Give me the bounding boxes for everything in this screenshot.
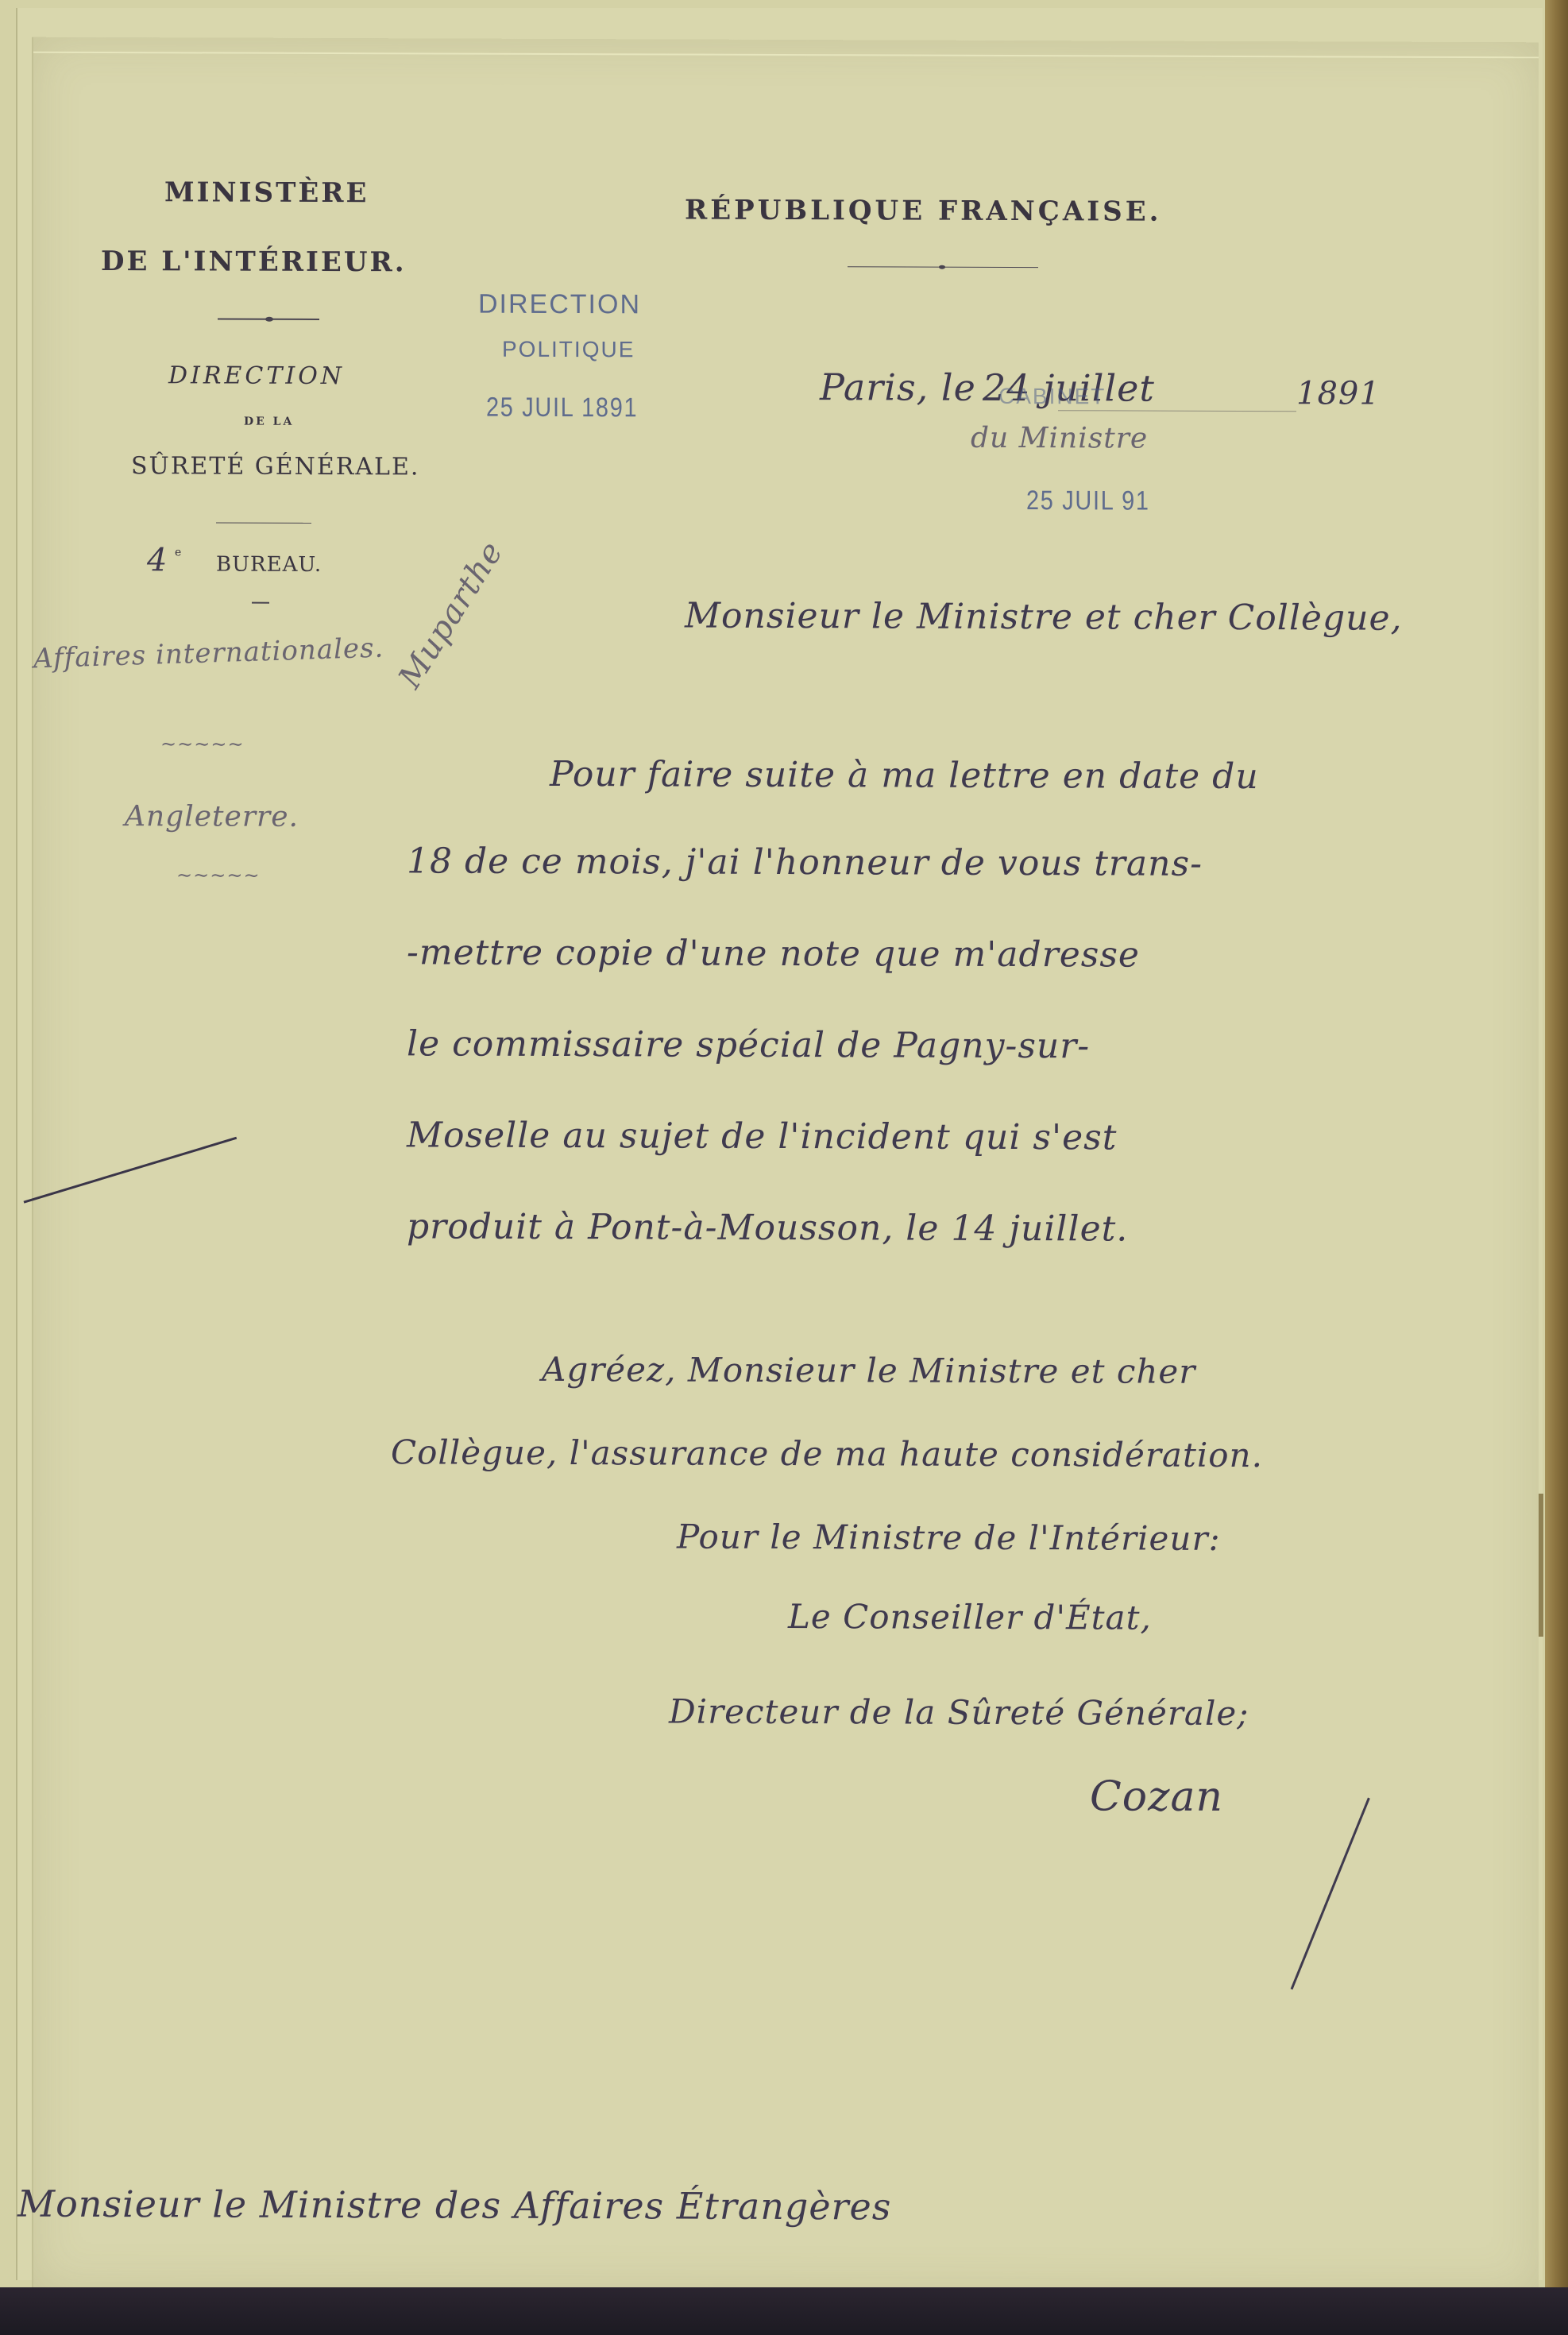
signature: Cozan	[1090, 1773, 1223, 1821]
stamp-cabinet-line2: du Ministre	[971, 422, 1148, 455]
stamp-cabinet-date: 25 JUIL 91	[1026, 485, 1150, 517]
margin-country: Angleterre.	[125, 800, 299, 833]
body-line-2: 18 de ce mois, j'ai l'honneur de vous tr…	[407, 841, 1203, 883]
fold-line	[33, 52, 1539, 59]
margin-squiggle-1: ~~~~~	[160, 733, 245, 755]
desk-backdrop-bottom	[0, 2287, 1568, 2335]
body-line-3: -mettre copie d'une note que m'adresse	[407, 932, 1140, 975]
signature-line-3: Directeur de la Sûreté Générale;	[669, 1691, 1249, 1733]
bureau-sup: e	[175, 546, 183, 559]
closing-line-2: Collègue, l'assurance de ma haute consid…	[391, 1432, 1263, 1475]
dateline-prefix: Paris, le	[820, 365, 976, 409]
stamp-cabinet-line1: CABINET	[998, 384, 1106, 409]
de-la-label: DE LA	[244, 416, 294, 428]
stamp-direction-date: 25 JUIL 1891	[486, 392, 638, 424]
republic-heading: RÉPUBLIQUE FRANÇAISE.	[685, 195, 1161, 228]
letter-page: MINISTÈRE DE L'INTÉRIEUR. DIRECTION DE L…	[32, 37, 1539, 2295]
separator-rule	[216, 522, 311, 523]
body-line-6: produit à Pont-à-Mousson, le 14 juillet.	[407, 1206, 1128, 1249]
bureau-number: 4	[147, 542, 168, 578]
stamp-direction-line1: DIRECTION	[478, 289, 641, 321]
ministry-line1: MINISTÈRE	[164, 176, 369, 209]
addressee: Monsieur le Ministre des Affaires Étrang…	[17, 2182, 891, 2229]
dateline-rule	[1058, 410, 1296, 412]
salutation: Monsieur le Ministre et cher Collègue,	[685, 596, 1403, 639]
surete-label: SÛRETÉ GÉNÉRALE.	[131, 452, 419, 481]
direction-label: DIRECTION	[168, 361, 345, 390]
pencil-annotation: Muparthe	[392, 535, 511, 694]
body-line-1: Pour faire suite à ma lettre en date du	[550, 754, 1259, 797]
margin-squiggle-2: ~~~~~	[176, 864, 261, 886]
republic-ornament	[939, 265, 945, 269]
margin-diagonal-line	[24, 1137, 238, 1204]
short-rule	[252, 602, 269, 604]
closing-line-1: Agréez, Monsieur le Ministre et cher	[542, 1350, 1195, 1391]
dateline-year: 1891	[1296, 375, 1381, 412]
ornament-dot	[265, 317, 273, 322]
bureau-label: BUREAU.	[216, 552, 322, 576]
body-line-5: Moselle au sujet de l'incident qui s'est	[407, 1115, 1117, 1158]
signature-flourish	[1291, 1798, 1370, 1990]
signature-line-2: Le Conseiller d'État,	[788, 1597, 1152, 1637]
margin-subject: Affaires internationales.	[33, 632, 384, 675]
signature-line-1: Pour le Ministre de l'Intérieur:	[677, 1517, 1221, 1558]
ministry-line2: DE L'INTÉRIEUR.	[101, 245, 407, 278]
body-line-4: le commissaire spécial de Pagny-sur-	[407, 1023, 1090, 1066]
stamp-direction-line2: POLITIQUE	[502, 337, 635, 363]
